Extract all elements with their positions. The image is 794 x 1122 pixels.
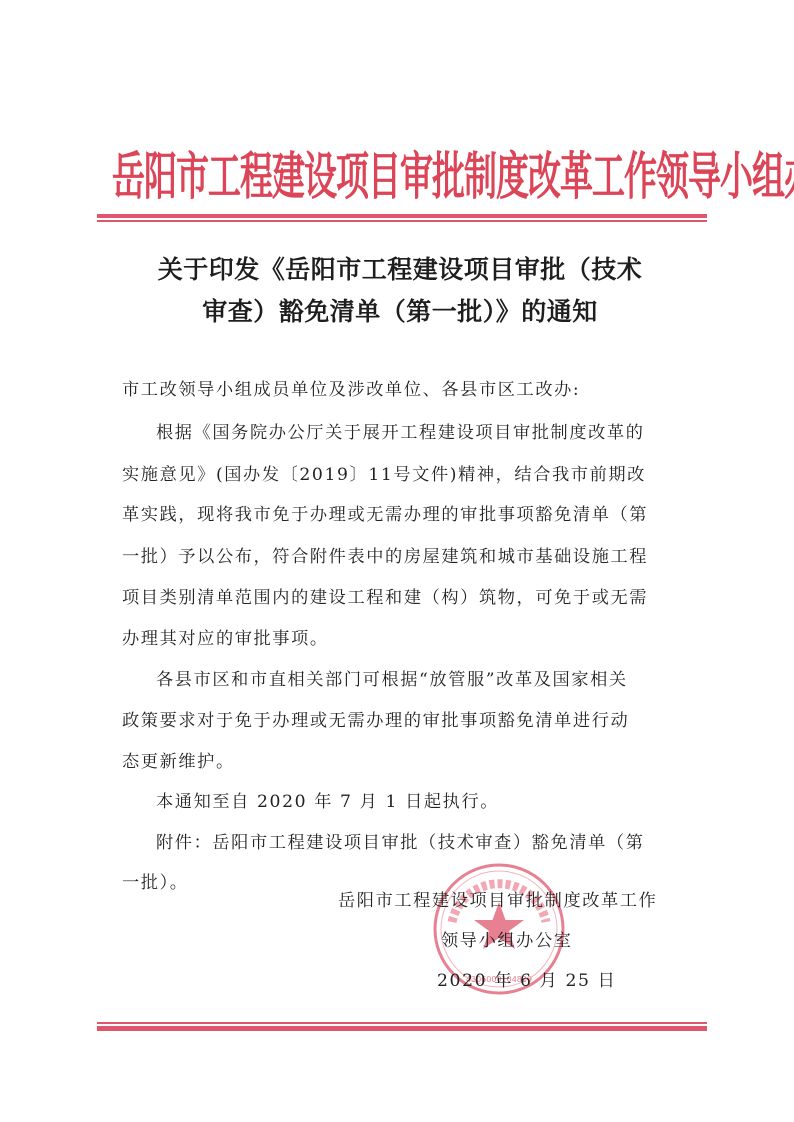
effective-date-line: 本通知至自 2020 年 7 月 1 日起执行。 — [156, 787, 716, 812]
body-line: 态更新维护。 — [122, 747, 682, 772]
masthead-rule-thin — [97, 220, 707, 222]
signature-org-line-1: 岳阳市工程建设项目审批制度改革工作 — [338, 886, 657, 911]
body-line: 实施意见》(国办发〔2019〕11号文件)精神，结合我市前期改 — [122, 460, 682, 485]
footer-rule-thin — [97, 1022, 707, 1024]
attachment-line: 附件：岳阳市工程建设项目审批（技术审查）豁免清单（第 — [156, 828, 716, 853]
body-line: 政策要求对于免于办理或无需办理的审批事项豁免清单进行动 — [122, 706, 682, 731]
body-line: 根据《国务院办公厅关于展开工程建设项目审批制度改革的 — [156, 418, 716, 443]
signature-org-line-2: 领导小组办公室 — [441, 926, 573, 951]
document-page: 岳阳市工程建设项目审批制度改革工作领导小组办公室 关于印发《岳阳市工程建设项目审… — [0, 0, 794, 1122]
body-line: 一批）予以公布，符合附件表中的房屋建筑和城市基础设施工程 — [122, 542, 682, 567]
body-line: 各县市区和市直相关部门可根据“放管服”改革及国家相关 — [156, 665, 716, 690]
salutation: 市工改领导小组成员单位及涉改单位、各县市区工改办: — [122, 375, 682, 400]
body-line: 革实践，现将我市免于办理或无需办理的审批事项豁免清单（第 — [122, 500, 682, 525]
footer-rule-thick — [97, 1026, 707, 1031]
masthead-rule-thick — [97, 214, 707, 218]
document-title-line-2: 审查）豁免清单（第一批）》的通知 — [110, 292, 690, 328]
body-line: 办理其对应的审批事项。 — [122, 624, 682, 649]
body-line: 项目类别清单范围内的建设工程和建（构）筑物，可免于或无需 — [122, 583, 682, 608]
signature-date: 2020 年 6 月 25 日 — [437, 966, 616, 991]
document-title-line-1: 关于印发《岳阳市工程建设项目审批（技术 — [110, 250, 690, 286]
